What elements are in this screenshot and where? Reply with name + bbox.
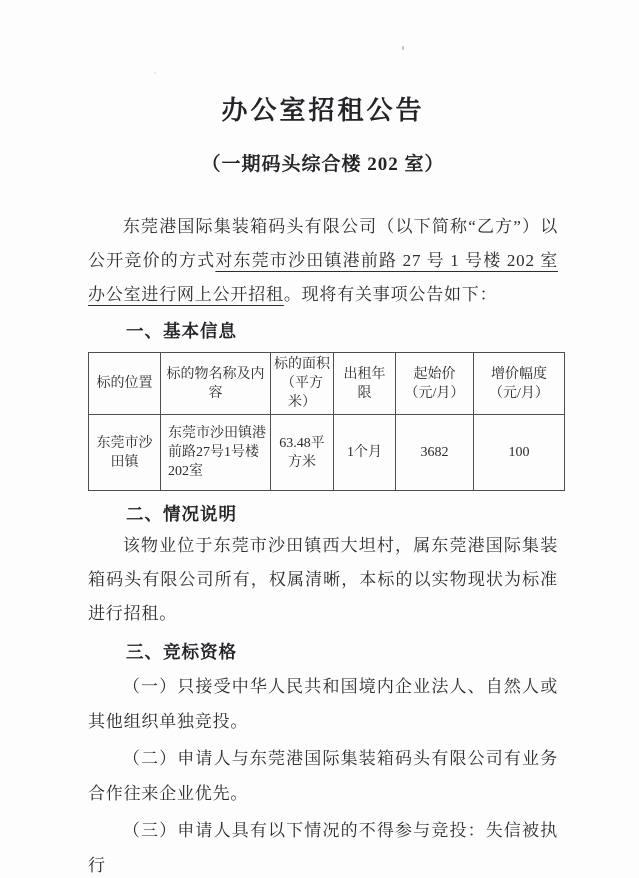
document-content: 办公室招租公告 （一期码头综合楼 202 室） 东莞港国际集装箱码头有限公司（以… xyxy=(88,0,558,878)
table-header-lease-term: 出租年限 xyxy=(334,353,396,415)
table-header-area: 标的面积（平方米） xyxy=(271,353,334,415)
page-subtitle: （一期码头综合楼 202 室） xyxy=(88,152,558,178)
table-header-increment: 增价幅度（元/月） xyxy=(474,353,565,415)
cell-name-content: 东莞市沙田镇港前路27号1号楼202室 xyxy=(161,415,271,491)
cell-area: 63.48平方米 xyxy=(271,415,334,491)
qualification-item-2: （二）申请人与东莞港国际集装箱码头有限公司有业务合作往来企业优先。 xyxy=(88,741,558,811)
situation-paragraph: 该物业位于东莞市沙田镇西大坦村，属东莞港国际集装箱码头有限公司所有，权属清晰，本… xyxy=(88,529,558,631)
intro-text-tail: 。现将有关事项公告如下： xyxy=(284,285,498,304)
basic-info-table: 标的位置 标的物名称及内容 标的面积（平方米） 出租年限 起始价（元/月） 增价… xyxy=(88,352,565,491)
cell-increment: 100 xyxy=(474,415,565,491)
cell-lease-term: 1个月 xyxy=(334,415,396,491)
section-heading-situation: 二、情况说明 xyxy=(126,499,558,529)
cell-starting-price: 3682 xyxy=(396,415,474,491)
table-header-name-content: 标的物名称及内容 xyxy=(161,353,271,415)
document-page: 办公室招租公告 （一期码头综合楼 202 室） 东莞港国际集装箱码头有限公司（以… xyxy=(0,0,639,878)
section-heading-basic-info: 一、基本信息 xyxy=(126,316,558,346)
section-heading-qualification: 三、竞标资格 xyxy=(126,637,558,667)
intro-paragraph: 东莞港国际集装箱码头有限公司（以下简称“乙方”）以公开竞价的方式对东莞市沙田镇港… xyxy=(88,210,558,312)
table-header-location: 标的位置 xyxy=(89,353,161,415)
qualification-item-3: （三）申请人具有以下情况的不得参与竞投：失信被执行 xyxy=(88,813,558,878)
cell-location: 东莞市沙田镇 xyxy=(89,415,161,491)
qualification-item-1: （一）只接受中华人民共和国境内企业法人、自然人或其他组织单独竞投。 xyxy=(88,669,558,739)
table-header-starting-price: 起始价（元/月） xyxy=(396,353,474,415)
table-header-row: 标的位置 标的物名称及内容 标的面积（平方米） 出租年限 起始价（元/月） 增价… xyxy=(89,353,565,415)
page-title: 办公室招租公告 xyxy=(88,0,558,126)
table-row: 东莞市沙田镇 东莞市沙田镇港前路27号1号楼202室 63.48平方米 1个月 … xyxy=(89,415,565,491)
